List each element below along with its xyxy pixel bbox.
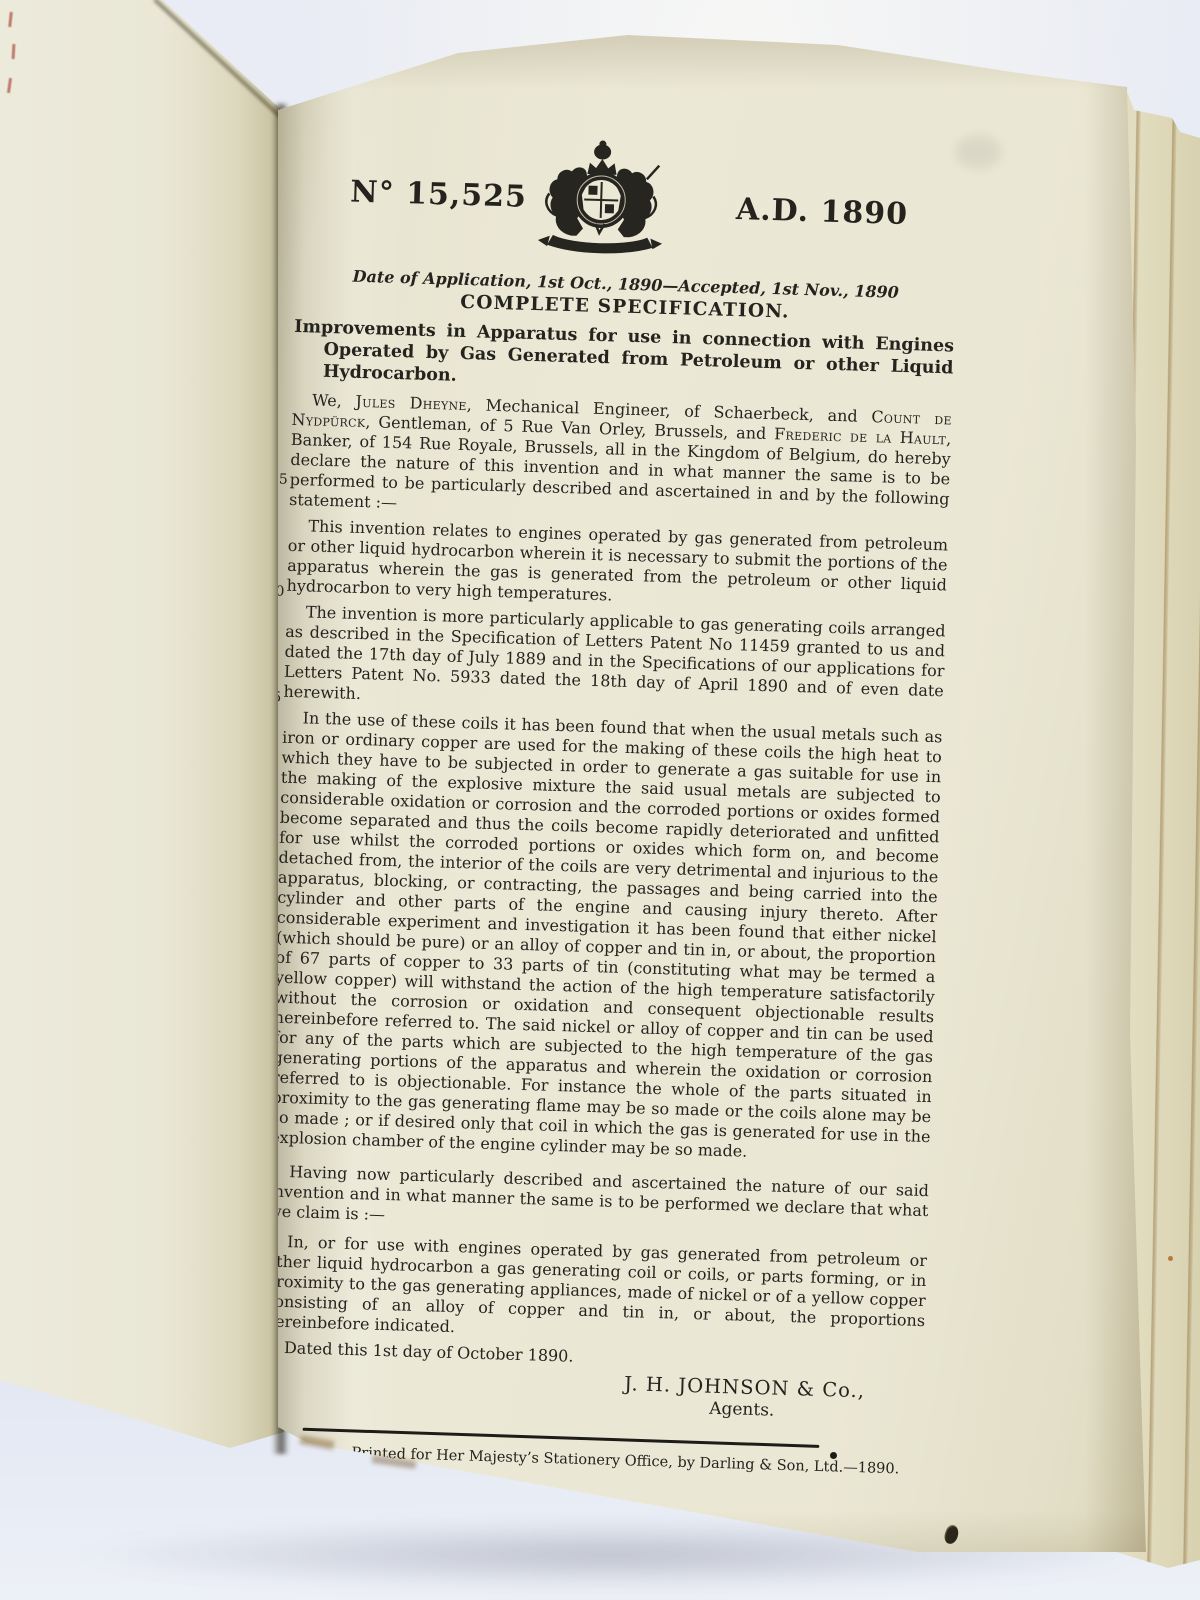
claim-preamble-paragraph: Having now particularly described and as… <box>268 1161 929 1241</box>
invention-title: Improvements in Apparatus for use in con… <box>293 317 955 402</box>
patent-number: N° 15,525 <box>350 175 528 215</box>
ink-speck <box>830 1452 837 1459</box>
photographed-patent-book: N° 15,525 <box>0 0 1200 1600</box>
page-content: N° 15,525 <box>260 135 960 1517</box>
page-header: N° 15,525 <box>296 135 959 273</box>
intro-name-segment: We, <box>312 390 356 410</box>
patent-page: N° 15,525 <box>278 35 1150 1570</box>
page-edge-rim <box>153 0 289 125</box>
rust-spot <box>1168 1256 1173 1261</box>
specification-body: 5 10 15 20 25 30 35 40 We, Jules Dheyne,… <box>260 390 953 1517</box>
patent-year: A.D. 1890 <box>735 192 908 232</box>
facing-blank-page <box>0 0 296 1460</box>
price-note: [Price 4d.] <box>242 1477 920 1517</box>
paragraph: In the use of these coils it has been fo… <box>270 707 943 1166</box>
royal-coat-of-arms-icon <box>525 136 678 260</box>
intro-name-segment: Jules Dheyne <box>355 391 467 413</box>
paragraph: The invention is more particularly appli… <box>283 601 946 721</box>
claim-paragraph: In, or for use with engines operated by … <box>265 1231 928 1351</box>
smudge-mark <box>955 135 1001 169</box>
paragraph: This invention relates to engines operat… <box>286 515 948 615</box>
intro-paragraph: We, Jules Dheyne, Mechanical Engineer, o… <box>289 390 952 530</box>
printer-imprint: London : Printed for Her Majesty’s Stati… <box>261 1440 921 1480</box>
